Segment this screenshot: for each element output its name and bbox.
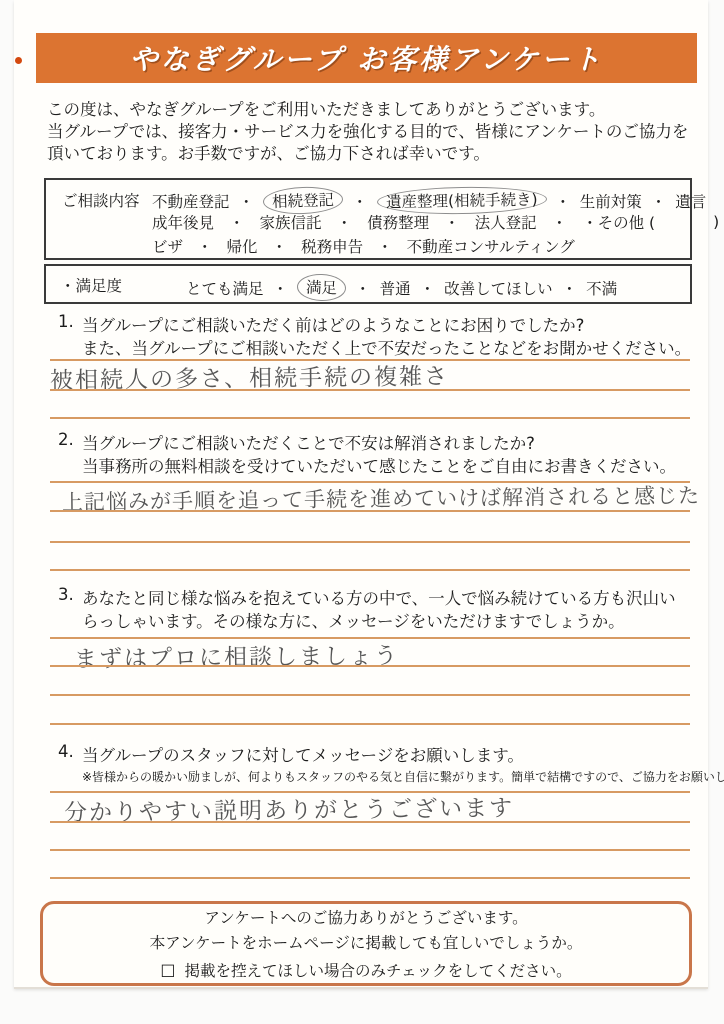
page-title: やなぎグループ お客様アンケート — [130, 38, 604, 78]
footer-box: アンケートへのご協力ありがとうございます。 本アンケートをホームページに掲載して… — [40, 901, 692, 986]
answer-rule-line — [50, 569, 690, 571]
header-band: やなぎグループ お客様アンケート — [36, 33, 697, 83]
checkbox-icon: □ — [160, 962, 175, 978]
dot-separator: ・ — [355, 277, 371, 299]
dot-separator: ・ — [552, 211, 568, 233]
option-yuigon: 遺言 — [675, 190, 706, 212]
q2-text-line1: 当グループにご相談いただくことで不安は解消されましたか? — [82, 430, 535, 454]
intro-line: 頂いております。お手数ですが、ご協力下されば幸いです。 — [47, 143, 692, 165]
option-sonota-close-paren: ) — [713, 213, 719, 231]
option-visa: ビザ — [152, 235, 183, 257]
answer-rule-line — [50, 694, 690, 696]
footer-publish-question: 本アンケートをホームページに掲載しても宜しいでしょうか。 — [150, 931, 583, 953]
q3-text-line1: あなたと同じ様な悩みを抱えている方の中で、一人で悩み続けている方も沢山い — [82, 585, 676, 609]
footer-checkbox-row: □ 掲載を控えてほしい場合のみチェックをしてください。 — [160, 959, 571, 981]
dot-separator: ・ — [229, 211, 245, 233]
consultation-box: ご相談内容 不動産登記 ・ 相続登記 ・ 遺産整理(相続手続き) ・ 生前対策 … — [44, 178, 692, 260]
dot-separator: ・ — [651, 190, 667, 212]
option-manzoku-circled: 満足 — [297, 273, 347, 302]
option-sonota: ・その他 ( — [582, 211, 655, 233]
paper-bottom-edge — [14, 987, 708, 989]
q4-number: 4. — [58, 742, 74, 761]
answer-rule-line — [50, 541, 690, 543]
option-seizen-taisaku: 生前対策 — [580, 190, 642, 212]
dot-separator: ・ — [272, 235, 288, 257]
consultation-row-2: 成年後見 ・ 家族信託 ・ 債務整理 ・ 法人登記 ・ ・その他 ( ) — [152, 211, 719, 233]
option-houjin-toki: 法人登記 — [475, 211, 537, 233]
dot-separator: ・ — [444, 211, 460, 233]
footer-thanks-line: アンケートへのご協力ありがとうございます。 — [204, 906, 527, 928]
answer-rule-line — [50, 723, 690, 725]
intro-line: 当グループでは、接客力・サービス力を強化する目的で、皆様にアンケートのご協力を — [47, 121, 692, 143]
q1-text-line2: また、当グループにご相談いただく上で不安だったことなどをお聞かせください。 — [82, 335, 691, 359]
answer-rule-line — [50, 665, 690, 667]
q3-handwritten-answer: まずはプロに相談しましょう — [74, 637, 399, 673]
dot-separator: ・ — [352, 190, 368, 212]
consultation-row-1: 不動産登記 ・ 相続登記 ・ 遺産整理(相続手続き) ・ 生前対策 ・ 遺言 — [152, 187, 706, 214]
q3-text-line2: らっしゃいます。その様な方に、メッセージをいただけますでしょうか。 — [82, 608, 625, 632]
dot-separator: ・ — [239, 190, 255, 212]
footer-checkbox-label: 掲載を控えてほしい場合のみチェックをしてください。 — [185, 959, 572, 981]
q4-text-line1: 当グループのスタッフに対してメッセージをお願いします。 — [82, 742, 524, 766]
satisfaction-box: ・満足度 とても満足 ・ 満足 ・ 普通 ・ 改善してほしい ・ 不満 — [44, 264, 692, 304]
answer-rule-line — [50, 417, 690, 419]
option-fuman: 不満 — [586, 277, 617, 299]
satisfaction-options: とても満足 ・ 満足 ・ 普通 ・ 改善してほしい ・ 不満 — [186, 274, 617, 301]
option-futsuu: 普通 — [380, 277, 411, 299]
answer-rule-line — [50, 849, 690, 851]
dot-separator: ・ — [273, 277, 289, 299]
ink-speck — [15, 57, 22, 64]
option-saimu-seiri: 債務整理 — [367, 211, 429, 233]
option-zeimu-shinkoku: 税務申告 — [301, 235, 363, 257]
answer-rule-line — [50, 389, 690, 391]
consultation-label: ご相談内容 — [62, 189, 140, 211]
q1-number: 1. — [58, 312, 74, 331]
dot-separator: ・ — [555, 190, 571, 212]
answer-rule-line — [50, 821, 690, 823]
intro-line: この度は、やなぎグループをご利用いただきましてありがとうございます。 — [47, 99, 692, 121]
dot-separator: ・ — [337, 211, 353, 233]
option-fudosan-toki: 不動産登記 — [152, 190, 230, 212]
answer-rule-line — [50, 510, 690, 512]
q2-text-line2: 当事務所の無料相談を受けていただいて感じたことをご自由にお書きください。 — [82, 453, 676, 477]
dot-separator: ・ — [420, 277, 436, 299]
q2-number: 2. — [58, 430, 74, 449]
intro-paragraph: この度は、やなぎグループをご利用いただきましてありがとうございます。 当グループ… — [47, 99, 692, 165]
option-totemo-manzoku: とても満足 — [186, 277, 264, 299]
consultation-row-3: ビザ ・ 帰化 ・ 税務申告 ・ 不動産コンサルティング — [152, 235, 575, 257]
q1-text-line1: 当グループにご相談いただく前はどのようなことにお困りでしたか? — [82, 312, 584, 336]
dot-separator: ・ — [197, 235, 213, 257]
option-kika: 帰化 — [227, 235, 258, 257]
dot-separator: ・ — [562, 277, 578, 299]
q4-note: ※皆様からの暖かい励ましが、何よりもスタッフのやる気と自信に繋がります。簡単で結… — [82, 768, 724, 785]
dot-separator: ・ — [377, 235, 393, 257]
option-fudosan-consulting: 不動産コンサルティング — [407, 235, 575, 257]
option-kaizen: 改善してほしい — [444, 277, 553, 299]
answer-rule-line — [50, 877, 690, 879]
option-kazoku-shintaku: 家族信託 — [260, 211, 322, 233]
satisfaction-label: ・満足度 — [60, 274, 122, 296]
option-seinen-kouken: 成年後見 — [152, 211, 214, 233]
q3-number: 3. — [58, 585, 74, 604]
